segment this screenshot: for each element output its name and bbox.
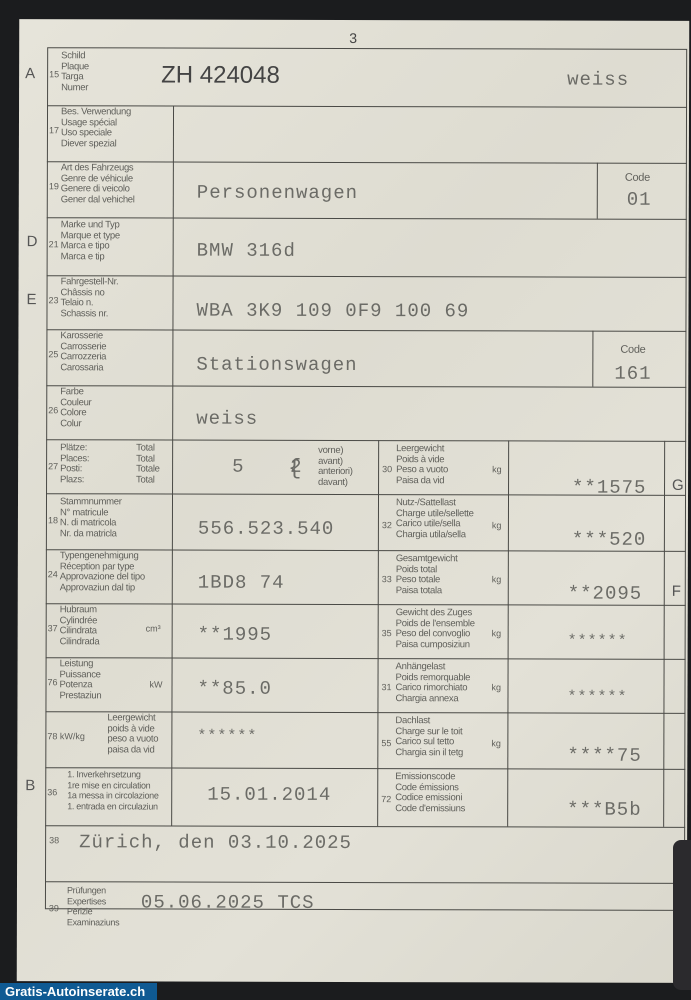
first-registration: 15.01.2014 [207,784,331,806]
plate-color: weiss [567,69,629,91]
field-23-label: Fahrgestell-Nr.Châssis noTelaio n.Schass… [60,277,118,319]
field-15-label: SchildPlaqueTargaNumer [61,51,89,93]
train-weight: ****** [568,633,628,650]
roof-load: ****75 [567,745,641,767]
field-36-label: 1. Inverkehrsetzung1re mise en circulati… [67,769,158,811]
gross-weight: **2095 [568,583,642,605]
side-mark-d: D [27,233,38,250]
registration-document: 3 A D E B G F 15 SchildPlaqueTargaNumer … [17,19,690,983]
field-33-label: GesamtgewichtPoids totalPeso totalePaisa… [396,554,458,596]
field-26-label: FarbeCouleurColoreColur [60,387,91,429]
trailer-load: ****** [567,689,627,706]
side-mark-e: E [27,291,37,308]
displacement: **1995 [198,624,272,646]
field-21-label: Marke und TypMarque et typeMarca e tipoM… [61,220,120,262]
emission-code: ***B5b [567,799,641,821]
side-mark-a: A [25,65,35,82]
field-27-label: Plätze:Places:Posti:Plazs: [60,443,89,485]
make-model: BMW 316d [197,240,296,262]
field-30-label: LeergewichtPoids à videPeso a vuotoPaisa… [396,444,448,486]
side-mark-f: F [672,583,681,600]
field-76-label: LeistungPuissancePotenzaPrestaziun [59,659,101,701]
field-39-label: PrüfungenExpertisesPerizieExaminaziuns [67,885,120,927]
type-approval: 1BD8 74 [198,572,285,594]
field-78-label: Leergewichtpoids à videpeso a vuotopaisa… [107,713,158,755]
power: **85.0 [197,678,271,700]
field-17-label: Bes. VerwendungUsage spécialUso speciale… [61,107,131,149]
field-55-label: DachlastCharge sur le toitCarico sul tet… [395,716,463,758]
color: weiss [196,408,258,430]
field-18-label: StammnummerN° matriculeN. di matricolaNr… [60,497,122,539]
body-type-code: 161 [614,363,651,385]
seats-front: 2 [290,456,302,478]
field-72-label: EmissionscodeCode émissionsCodice emissi… [395,772,465,814]
field-37-label: HubraumCylindréeCilindrataCilindrada [60,605,100,647]
payload: ***520 [572,529,646,551]
vehicle-type-code: 01 [627,189,652,211]
chassis-number: WBA 3K9 109 0F9 100 69 [196,300,469,323]
page-number: 3 [349,30,357,46]
field-31-label: AnhängelastPoids remorquableCarico rimor… [395,662,470,704]
side-mark-g: G [672,477,684,494]
watermark-badge: Gratis-Autoinserate.ch [0,983,157,1000]
field-32-label: Nutz-/SattellastCharge utile/selletteCar… [396,498,474,540]
seats-total: 5 [232,456,244,478]
master-number: 556.523.540 [198,518,334,540]
field-35-label: Gewicht des ZugesPoids de l'ensemblePeso… [396,608,475,650]
inspection: 05.06.2025 TCS [141,891,315,913]
power-to-weight: ****** [197,728,257,745]
vehicle-type: Personenwagen [197,182,358,204]
license-plate: ZH 424048 [161,61,280,89]
issue-place-date: Zürich, den 03.10.2025 [79,831,352,854]
field-24-label: TypengenehmigungRéception par typeApprov… [60,551,145,593]
side-mark-b: B [25,777,35,794]
empty-weight: **1575 [572,477,646,499]
body-type: Stationswagen [196,354,357,376]
background-object [673,840,691,990]
field-25-label: KarosserieCarrosserieCarrozzeriaCarossar… [60,331,106,373]
field-19-label: Art des FahrzeugsGenre de véhiculeGenere… [61,163,135,205]
